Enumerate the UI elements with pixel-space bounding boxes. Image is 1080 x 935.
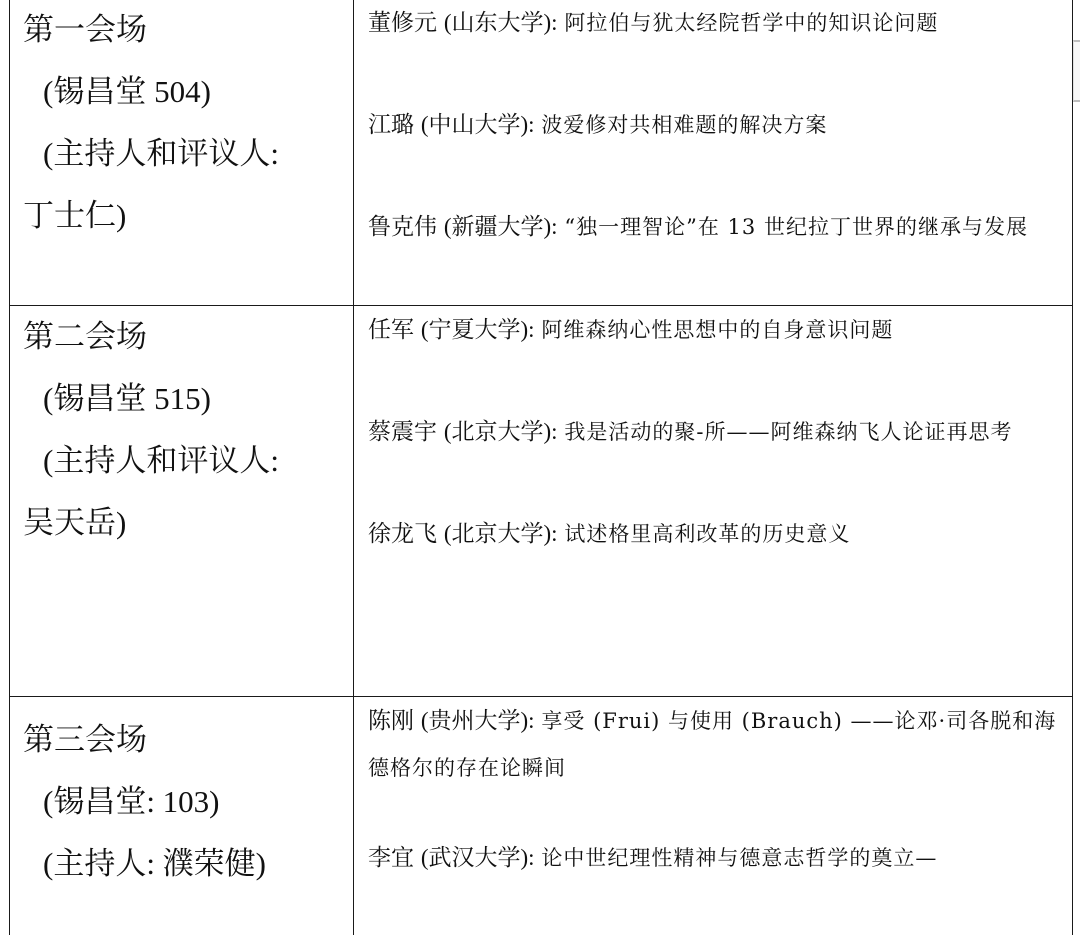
- talk-speaker: 徐龙飞: [368, 521, 437, 546]
- talk-item: 徐龙飞 (北京大学): 试述格里高利改革的历史意义: [368, 510, 1066, 558]
- document-page: 第一会场 (锡昌堂 504) (主持人和评议人: 丁士仁) 董修元 (山东大学)…: [0, 0, 1080, 935]
- venue-cell: 第三会场 (锡昌堂: 103) (主持人: 濮荣健): [10, 697, 354, 935]
- talk-affiliation: (贵州大学): [421, 708, 528, 733]
- talks-cell: 董修元 (山东大学): 阿拉伯与犹太经院哲学中的知识论问题 江璐 (中山大学):…: [354, 0, 1073, 306]
- talk-affiliation: (新疆大学): [444, 214, 551, 239]
- talk-title: “独一理智论”在 13 世纪拉丁世界的继承与发展: [564, 215, 1028, 239]
- talk-speaker: 任军: [368, 317, 414, 342]
- venue-host-name: 吴天岳): [23, 492, 353, 554]
- talk-item: 任军 (宁夏大学): 阿维森纳心性思想中的自身意识问题: [368, 306, 1066, 354]
- talk-title: 试述格里高利改革的历史意义: [564, 522, 850, 546]
- talk-title: 阿拉伯与犹太经院哲学中的知识论问题: [564, 11, 938, 35]
- talk-item: 鲁克伟 (新疆大学): “独一理智论”在 13 世纪拉丁世界的继承与发展: [368, 203, 1066, 251]
- venue-host-label: (主持人和评议人:: [23, 430, 353, 492]
- talk-title: 阿维森纳心性思想中的自身意识问题: [541, 318, 893, 342]
- talk-affiliation: (山东大学): [444, 10, 551, 35]
- venue-host-label: (主持人和评议人:: [23, 123, 353, 185]
- talk-item: 李宜 (武汉大学): 论中世纪理性精神与德意志哲学的奠立—: [368, 834, 1066, 882]
- venue-host-name: 丁士仁): [23, 185, 353, 247]
- talk-affiliation: (武汉大学): [421, 845, 528, 870]
- venue-host-label: (主持人: 濮荣健): [23, 833, 353, 895]
- talk-speaker: 蔡震宇: [368, 419, 437, 444]
- venue-name: 第一会场: [23, 0, 353, 61]
- talk-speaker: 陈刚: [368, 708, 414, 733]
- session-schedule-table: 第一会场 (锡昌堂 504) (主持人和评议人: 丁士仁) 董修元 (山东大学)…: [9, 0, 1073, 935]
- venue-room: (锡昌堂 504): [23, 61, 353, 123]
- talk-affiliation: (宁夏大学): [421, 317, 528, 342]
- venue-name: 第三会场: [23, 709, 353, 771]
- talk-title: 波爱修对共相难题的解决方案: [541, 113, 827, 137]
- talks-cell: 任军 (宁夏大学): 阿维森纳心性思想中的自身意识问题 蔡震宇 (北京大学): …: [354, 306, 1073, 697]
- talk-speaker: 鲁克伟: [368, 214, 437, 239]
- session-row: 第二会场 (锡昌堂 515) (主持人和评议人: 吴天岳) 任军 (宁夏大学):…: [10, 306, 1073, 697]
- edge-scroll-artifact: [1073, 40, 1080, 102]
- talk-item: 江璐 (中山大学): 波爱修对共相难题的解决方案: [368, 101, 1066, 149]
- talk-speaker: 李宜: [368, 845, 414, 870]
- venue-name: 第二会场: [23, 306, 353, 368]
- session-row: 第三会场 (锡昌堂: 103) (主持人: 濮荣健) 陈刚 (贵州大学): 享受…: [10, 697, 1073, 935]
- venue-room: (锡昌堂 515): [23, 368, 353, 430]
- venue-cell: 第一会场 (锡昌堂 504) (主持人和评议人: 丁士仁): [10, 0, 354, 306]
- talk-speaker: 江璐: [368, 112, 414, 137]
- talk-affiliation: (中山大学): [421, 112, 528, 137]
- venue-room: (锡昌堂: 103): [23, 771, 353, 833]
- talk-affiliation: (北京大学): [444, 419, 551, 444]
- talk-item: 蔡震宇 (北京大学): 我是活动的聚-所——阿维森纳飞人论证再思考: [368, 408, 1066, 456]
- talk-speaker: 董修元: [368, 10, 437, 35]
- talk-affiliation: (北京大学): [444, 521, 551, 546]
- talk-title: 我是活动的聚-所——阿维森纳飞人论证再思考: [564, 420, 1012, 444]
- session-row: 第一会场 (锡昌堂 504) (主持人和评议人: 丁士仁) 董修元 (山东大学)…: [10, 0, 1073, 306]
- talk-title: 论中世纪理性精神与德意志哲学的奠立—: [541, 846, 937, 870]
- venue-cell: 第二会场 (锡昌堂 515) (主持人和评议人: 吴天岳): [10, 306, 354, 697]
- talks-cell: 陈刚 (贵州大学): 享受 (Frui) 与使用 (Brauch) ——论邓·司…: [354, 697, 1073, 935]
- talk-item: 董修元 (山东大学): 阿拉伯与犹太经院哲学中的知识论问题: [368, 0, 1066, 47]
- talk-item: 陈刚 (贵州大学): 享受 (Frui) 与使用 (Brauch) ——论邓·司…: [368, 697, 1066, 792]
